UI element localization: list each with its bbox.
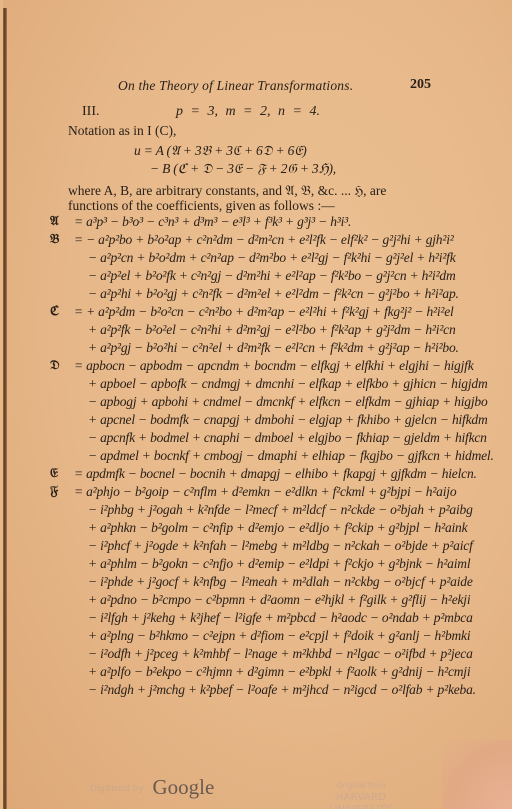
fraktur-e-symbol: 𝔈 [50, 466, 72, 481]
institution-name: HARVARD UNIVERSITY [306, 792, 416, 809]
definition-d-line-6: − apdmel + bocnkf + cmbogj − dmaphi + el… [88, 448, 494, 464]
u-expression-line-2: − B (ℭ + 𝔇 − 3𝔈 − 𝔉 + 2𝔊 + 3ℌ), [150, 161, 336, 177]
definition-line: − apdmel + bocnkf + cmbogj − dmaphi + el… [50, 448, 500, 466]
definition-f-line-3: + a²phkn − b²golm − c²nfip + d²emjo − e²… [88, 520, 467, 536]
definition-c-line-3: + a²p²gj − b²o²hi − c²n²el + d²m²fk − e²… [88, 340, 459, 356]
digitized-by-label: Digitized by [90, 784, 144, 794]
fraktur-f-symbol: 𝔉 [50, 484, 72, 499]
definitions-block: 𝔄 = a³p³ − b³o³ − c³n³ + d³m³ − e³l³ + f… [50, 214, 500, 700]
definition-line: 𝔅 = − a²p²bo + b²o²ap + c²n²dm − d²m²cn … [50, 232, 500, 250]
definition-line: − apcnfk + bodmel + cnaphi − dmboel + el… [50, 430, 500, 448]
running-title: On the Theory of Linear Transformations. [118, 78, 448, 94]
digitized-by-watermark: Digitized by Google [90, 775, 214, 800]
definition-f-line-11: + a²plfo − b²ekpo − c²hjmn + d²gimn − e²… [88, 664, 470, 680]
fraktur-b-symbol: 𝔅 [50, 232, 72, 247]
definition-c-line-2: + a²p²fk − b²o²el − c²n²hi + d²m²gj − e²… [88, 322, 456, 338]
definition-line: − a²p²cn + b²o²dm + c²n²ap − d²m²bo + e²… [50, 250, 500, 268]
definition-line: + apboel − apbofk − cndmgj + dmcnhi − el… [50, 376, 500, 394]
definition-line: 𝔉 = a²phjo − b²goip − c²nflm + d²emkn − … [50, 484, 500, 502]
definition-d-line-2: + apboel − apbofk − cndmgj + dmcnhi − el… [88, 376, 488, 392]
notation-note: Notation as in I (C), [68, 123, 176, 139]
definition-a-line-1: = a³p³ − b³o³ − c³n³ + d³m³ − e³l³ + f³k… [74, 214, 351, 230]
page-number: 205 [410, 77, 431, 93]
definition-c-line-1: = + a²p²dm − b²o²cn − c²n²bo + d²m²ap − … [74, 304, 454, 320]
description-line-1: where A, B, are arbitrary constants, and… [68, 183, 386, 199]
definition-line: − i²phbg + j²ogah + k²nfde − l²mecf + m²… [50, 502, 500, 520]
definition-line: − i²ndgh + j²mchg + k²pbef − l²oafe + m²… [50, 682, 500, 700]
definition-b-line-3: − a²p²el + b²o²fk + c²n²gj − d²m²hi + e²… [88, 268, 456, 284]
description-line-2: functions of the coefficients, given as … [68, 198, 335, 214]
case-parameters: p = 3, m = 2, n = 4. [176, 104, 320, 120]
definition-f-line-4: − i²phcf + j²ogde + k²nfah − l²mebg + m²… [88, 538, 473, 554]
definition-line: + a²p²gj − b²o²hi − c²n²el + d²m²fk − e²… [50, 340, 500, 358]
paper-stain [442, 740, 512, 809]
u-expression-line-1: u = A (𝔄 + 3𝔅 + 3ℭ + 6𝔇 + 6𝔈) [134, 143, 307, 159]
definition-b-line-2: − a²p²cn + b²o²dm + c²n²ap − d²m²bo + e²… [88, 250, 456, 266]
definition-line: + apcnel − bodmfk − cnapgj + dmbohi − el… [50, 412, 500, 430]
original-from-watermark: Original from HARVARD UNIVERSITY [306, 780, 416, 809]
book-page: On the Theory of Linear Transformations.… [0, 0, 512, 809]
definition-line: − i²odfh + j²pceg + k²mhbf − l²nage + m²… [50, 646, 500, 664]
definition-line: + a²pdno − b²cmpo − c²bpmn + d²aomn − e²… [50, 592, 500, 610]
definition-e-line-1: = apdmfk − bocnel − bocnih + dmapgj − el… [74, 466, 477, 482]
definition-line: − a²p²hi + b²o²gj + c²n²fk − d²m²el + e²… [50, 286, 500, 304]
definition-f-line-9: + a²plng − b²hkmo − c²ejpn + d²fiom − e²… [88, 628, 470, 644]
definition-line: − apbogj + apbohi + cndmel − dmcnkf + el… [50, 394, 500, 412]
original-from-label: Original from [306, 780, 416, 792]
google-logo: Google [152, 775, 214, 799]
definition-d-line-1: = apbocn − apbodm − apcndm + bocndm − el… [74, 358, 474, 374]
definition-b-line-4: − a²p²hi + b²o²gj + c²n²fk − d²m²el + e²… [88, 286, 459, 302]
definition-f-line-2: − i²phbg + j²ogah + k²nfde − l²mecf + m²… [88, 502, 473, 518]
definition-line: + a²phlm − b²gokn − c²nfjo + d²emip − e²… [50, 556, 500, 574]
fraktur-c-symbol: ℭ [50, 304, 72, 319]
definition-f-line-8: − i²lfgh + j²kehg + k²jhef − l²igfe + m²… [88, 610, 473, 626]
definition-line: − i²phde + j²gocf + k²nfbg − l²meah + m²… [50, 574, 500, 592]
definition-f-line-12: − i²ndgh + j²mchg + k²pbef − l²oafe + m²… [88, 682, 476, 698]
definition-line: 𝔇 = apbocn − apbodm − apcndm + bocndm − … [50, 358, 500, 376]
definition-line: 𝔄 = a³p³ − b³o³ − c³n³ + d³m³ − e³l³ + f… [50, 214, 500, 232]
definition-f-line-5: + a²phlm − b²gokn − c²nfjo + d²emip − e²… [88, 556, 470, 572]
definition-f-line-6: − i²phde + j²gocf + k²nfbg − l²meah + m²… [88, 574, 473, 590]
definition-d-line-4: + apcnel − bodmfk − cnapgj + dmbohi − el… [88, 412, 488, 428]
page-gutter-edge [3, 8, 7, 809]
definition-line: ℭ = + a²p²dm − b²o²cn − c²n²bo + d²m²ap … [50, 304, 500, 322]
definition-line: + a²plfo − b²ekpo − c²hjmn + d²gimn − e²… [50, 664, 500, 682]
definition-line: + a²p²fk − b²o²el − c²n²hi + d²m²gj − e²… [50, 322, 500, 340]
definition-b-line-1: = − a²p²bo + b²o²ap + c²n²dm − d²m²cn + … [74, 232, 454, 248]
definition-line: 𝔈 = apdmfk − bocnel − bocnih + dmapgj − … [50, 466, 500, 484]
fraktur-d-symbol: 𝔇 [50, 358, 72, 373]
definition-f-line-10: − i²odfh + j²pceg + k²mhbf − l²nage + m²… [88, 646, 473, 662]
definition-f-line-1: = a²phjo − b²goip − c²nflm + d²emkn − e²… [74, 484, 456, 500]
case-label: III. [82, 104, 100, 120]
definition-f-line-7: + a²pdno − b²cmpo − c²bpmn + d²aomn − e²… [88, 592, 470, 608]
definition-line: − a²p²el + b²o²fk + c²n²gj − d²m²hi + e²… [50, 268, 500, 286]
definition-line: − i²lfgh + j²kehg + k²jhef − l²igfe + m²… [50, 610, 500, 628]
fraktur-a-symbol: 𝔄 [50, 214, 72, 229]
definition-d-line-3: − apbogj + apbohi + cndmel − dmcnkf + el… [88, 394, 488, 410]
definition-line: + a²plng − b²hkmo − c²ejpn + d²fiom − e²… [50, 628, 500, 646]
definition-line: − i²phcf + j²ogde + k²nfah − l²mebg + m²… [50, 538, 500, 556]
definition-d-line-5: − apcnfk + bodmel + cnaphi − dmboel + el… [88, 430, 487, 446]
definition-line: + a²phkn − b²golm − c²nfip + d²emjo − e²… [50, 520, 500, 538]
